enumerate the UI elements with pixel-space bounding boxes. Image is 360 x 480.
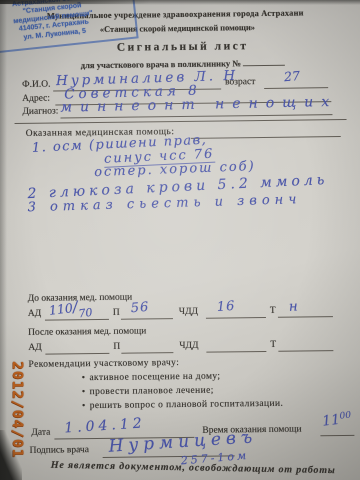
page-title: Сигнальный лист [103,40,263,54]
ad-systolic: 110 [48,300,73,318]
chdd-label-before: ЧДД [179,307,198,317]
time-underline [320,435,354,436]
ad-label-after: АД [28,343,41,353]
ad-underline-before [45,319,109,321]
ad-value-handwritten: 110/70 [48,296,93,319]
time-value-handwritten: 1100 [321,410,352,429]
time-hours: 11 [321,412,341,430]
chdd-underline-after [206,351,266,353]
pulse-value-handwritten: 56 [130,300,150,316]
pulse-underline-after [121,352,173,354]
bullet-icon: • [82,387,86,397]
chdd-label-after: ЧДД [179,341,198,351]
recommendation-item-text: провести плановое лечение; [90,386,214,398]
ad-diastolic: 70 [78,306,93,321]
recommendation-item-text: активное посещение на дому; [89,372,220,384]
section-divider-line [15,119,347,124]
age-label: возраст [225,77,255,87]
chdd-value-handwritten: 16 [216,299,235,315]
address-label: Адрес: [22,94,50,104]
footer-disclaimer: Не является документом, освобождающим от… [51,460,360,477]
age-value-handwritten: 27 [283,68,300,84]
bullet-icon: • [82,373,86,383]
date-label: Дата [31,428,50,438]
recommendation-item: •решить вопрос о плановой госпитализации… [82,399,283,411]
temp-underline-before [278,316,333,318]
care-underline [191,136,341,139]
vitals-after-label: После оказания мед. помощи [28,326,146,337]
recommendation-item: •активное посещение на дому; [82,372,221,384]
camera-timestamp: 2012/04/01 [5,361,25,455]
signal-sheet-form: Муниципальное учреждение здравоохранения… [0,0,360,480]
time-minutes: 00 [339,410,352,421]
recommendation-item: •провести плановое лечение; [82,386,214,398]
chdd-underline-before [206,317,266,319]
recommendation-item-text: решить вопрос о плановой госпитализации. [90,399,284,411]
ad-underline-after [45,353,109,355]
pulse-label-after: П [113,342,120,352]
recommendations-label: Рекомендации участковому врачу: [28,358,179,370]
pulse-label-before: П [113,308,120,318]
temp-value-handwritten: н [288,298,298,314]
fio-label: Ф.И.О. [22,80,50,90]
bullet-icon: • [82,401,86,411]
temp-label-after: Т [270,340,276,350]
age-underline [264,87,328,89]
pulse-underline-before [121,318,173,320]
page-subtitle: для участкового врача в поликлинику № [68,56,298,71]
date-value-handwritten: 1.04.12 [64,415,146,436]
document-photo: Муниципальное учреждение здравоохранения… [0,0,360,480]
signature-label: Подпись врача [30,445,89,456]
polyclinic-number-blank [243,56,285,67]
ad-label-before: АД [28,309,41,319]
diagnosis-label: Диагноз: [22,106,58,116]
temp-label-before: Т [270,306,276,316]
temp-underline-after [278,350,333,352]
